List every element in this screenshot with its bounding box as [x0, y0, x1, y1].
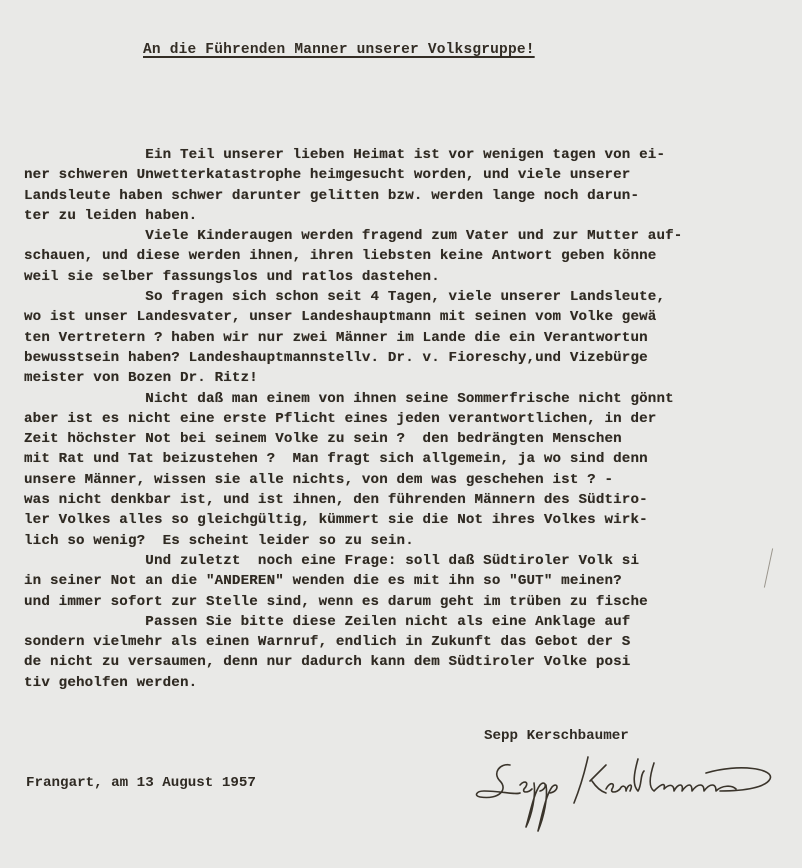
letter-line: mit Rat und Tat beizustehen ? Man fragt …	[24, 449, 802, 469]
letter-line: aber ist es nicht eine erste Pflicht ein…	[24, 409, 802, 429]
letter-line: Ein Teil unserer lieben Heimat ist vor w…	[24, 145, 802, 165]
letter-line: unsere Männer, wissen sie alle nichts, v…	[24, 470, 802, 490]
letter-line: Landsleute haben schwer darunter gelitte…	[24, 186, 802, 206]
letter-line: ner schweren Unwetterkatastrophe heimges…	[24, 165, 802, 185]
letter-line: meister von Bozen Dr. Ritz!	[24, 368, 802, 388]
letter-line: wo ist unser Landesvater, unser Landesha…	[24, 307, 802, 327]
letter-line: in seiner Not an die "ANDEREN" wenden di…	[24, 571, 802, 591]
document-title: An die Führenden Manner unserer Volksgru…	[143, 42, 535, 58]
letter-line: ter zu leiden haben.	[24, 206, 802, 226]
letter-line: und immer sofort zur Stelle sind, wenn e…	[24, 592, 802, 612]
document-page: An die Führenden Manner unserer Volksgru…	[0, 0, 802, 868]
letter-line: was nicht denkbar ist, und ist ihnen, de…	[24, 490, 802, 510]
letter-body: Ein Teil unserer lieben Heimat ist vor w…	[24, 145, 802, 693]
letter-line: schauen, und diese werden ihnen, ihren l…	[24, 246, 802, 266]
letter-line: Zeit höchster Not bei seinem Volke zu se…	[24, 429, 802, 449]
letter-line: sondern vielmehr als einen Warnruf, endl…	[24, 632, 802, 652]
handwritten-signature	[470, 745, 790, 835]
letter-line: bewusstsein haben? Landeshauptmannstellv…	[24, 348, 802, 368]
letter-line: Und zuletzt noch eine Frage: soll daß Sü…	[24, 551, 802, 571]
letter-line: ten Vertretern ? haben wir nur zwei Männ…	[24, 328, 802, 348]
letter-line: Viele Kinderaugen werden fragend zum Vat…	[24, 226, 802, 246]
letter-line: So fragen sich schon seit 4 Tagen, viele…	[24, 287, 802, 307]
letter-line: Passen Sie bitte diese Zeilen nicht als …	[24, 612, 802, 632]
place-and-date: Frangart, am 13 August 1957	[26, 775, 256, 791]
letter-line: lich so wenig? Es scheint leider so zu s…	[24, 531, 802, 551]
letter-line: de nicht zu versaumen, denn nur dadurch …	[24, 652, 802, 672]
signature-typed-name: Sepp Kerschbaumer	[484, 728, 629, 744]
letter-line: weil sie selber fassungslos und ratlos d…	[24, 267, 802, 287]
letter-line: tiv geholfen werden.	[24, 673, 802, 693]
letter-line: ler Volkes alles so gleichgültig, kümmer…	[24, 510, 802, 530]
letter-line: Nicht daß man einem von ihnen seine Somm…	[24, 389, 802, 409]
